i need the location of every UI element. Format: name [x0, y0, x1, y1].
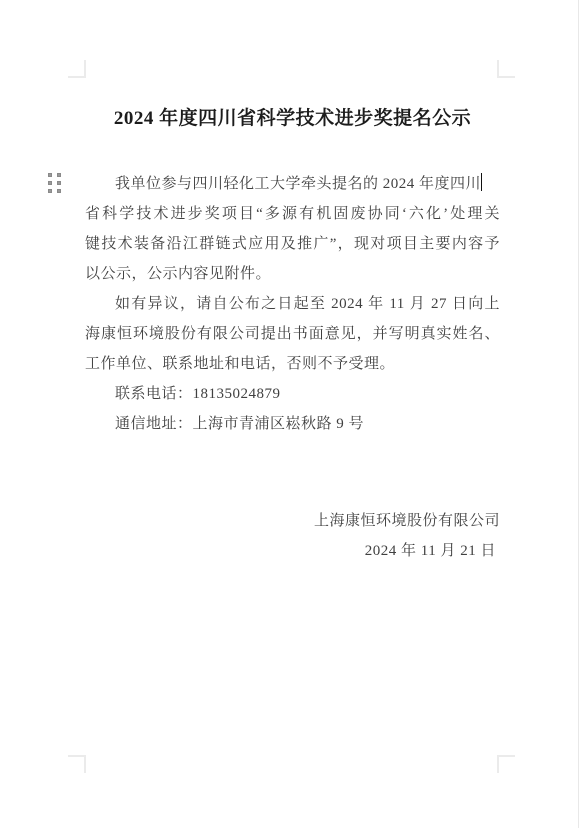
drag-dot — [48, 173, 52, 177]
paragraph1-line-text: 我单位参与四川轻化工大学牵头提名的 2024 年度四川 — [115, 176, 481, 192]
drag-dot — [57, 173, 61, 177]
drag-dot — [48, 181, 52, 185]
signature-block: 上海康恒环境股份有限公司 2024 年 11 月 21 日 — [85, 506, 500, 566]
paragraph2-line[interactable]: 海康恒环境股份有限公司提出书面意见，并写明真实姓名、 — [85, 319, 500, 349]
paragraph1-line[interactable]: 以公示，公示内容见附件。 — [85, 259, 500, 289]
contact-address-line[interactable]: 通信地址：上海市青浦区崧秋路 9 号 — [85, 409, 500, 439]
contact-phone-line[interactable]: 联系电话：18135024879 — [85, 379, 500, 409]
margin-crop-mark-bottom-right — [497, 755, 515, 773]
text-cursor — [481, 173, 482, 191]
document-body: 2024 年度四川省科学技术进步奖提名公示 我单位参与四川轻化工大学牵头提名的 … — [85, 103, 500, 566]
page-edge-line — [578, 0, 579, 828]
paragraph1-line[interactable]: 我单位参与四川轻化工大学牵头提名的 2024 年度四川 — [85, 169, 500, 199]
drag-dot — [48, 189, 52, 193]
drag-dot — [57, 189, 61, 193]
document-page: 2024 年度四川省科学技术进步奖提名公示 我单位参与四川轻化工大学牵头提名的 … — [0, 0, 585, 828]
margin-crop-mark-bottom-left — [68, 755, 86, 773]
document-title[interactable]: 2024 年度四川省科学技术进步奖提名公示 — [85, 103, 500, 135]
paragraph2-line[interactable]: 工作单位、联系地址和电话，否则不予受理。 — [85, 349, 500, 379]
body-text: 我单位参与四川轻化工大学牵头提名的 2024 年度四川 省科学技术进步奖项目“多… — [85, 169, 500, 439]
signature-company[interactable]: 上海康恒环境股份有限公司 — [85, 506, 500, 536]
paragraph1-line[interactable]: 省科学技术进步奖项目“多源有机固废协同‘六化’处理关 — [85, 199, 500, 229]
drag-dot — [57, 181, 61, 185]
signature-date[interactable]: 2024 年 11 月 21 日 — [85, 536, 500, 566]
margin-crop-mark-top-left — [68, 60, 86, 78]
margin-crop-mark-top-right — [497, 60, 515, 78]
paragraph1-line[interactable]: 键技术装备沿江群链式应用及推广”，现对项目主要内容予 — [85, 229, 500, 259]
drag-handle-icon[interactable] — [48, 173, 61, 193]
paragraph2-line[interactable]: 如有异议，请自公布之日起至 2024 年 11 月 27 日向上 — [85, 289, 500, 319]
